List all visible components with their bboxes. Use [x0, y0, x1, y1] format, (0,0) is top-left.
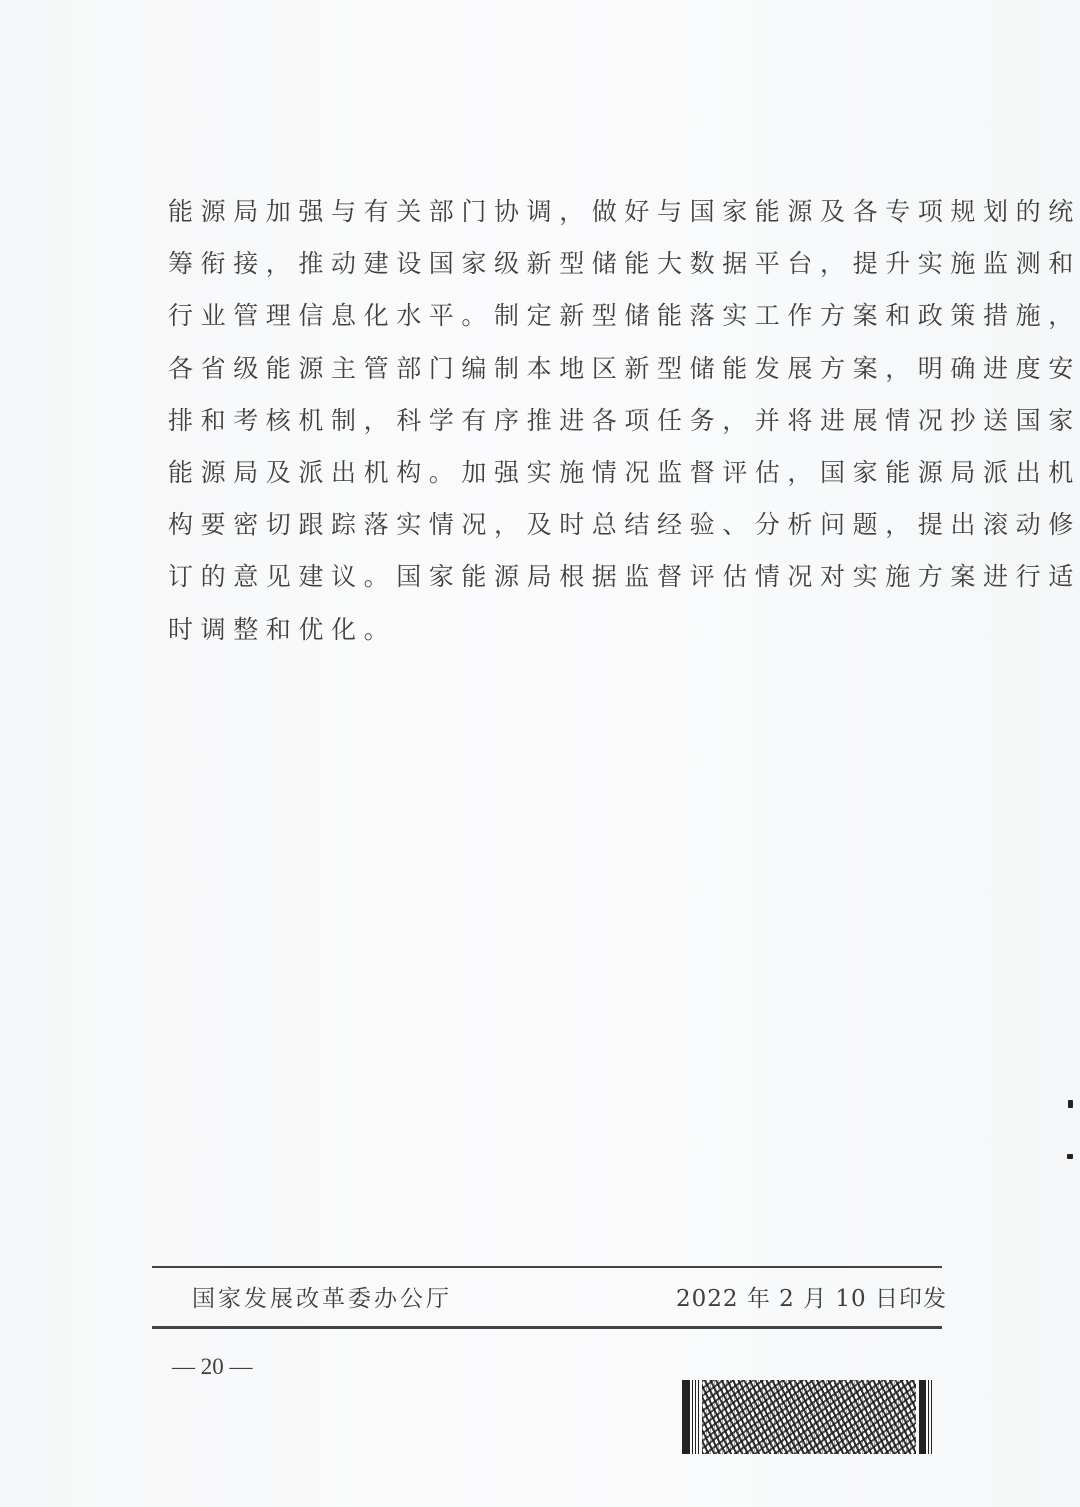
- body-line: 能源局及派出机构。加强实施情况监督评估，国家能源局派出机: [168, 447, 948, 499]
- body-line: 各省级能源主管部门编制本地区新型储能发展方案，明确进度安: [168, 343, 948, 395]
- issue-date: 2022 年 2 月 10 日印发: [676, 1280, 947, 1313]
- barcode-icon: [682, 1380, 932, 1454]
- body-line: 时调整和优化。: [168, 604, 948, 656]
- footer-bottom-divider: [152, 1326, 942, 1329]
- issuer: 国家发展改革委办公厅: [192, 1280, 452, 1313]
- binding-mark: [1067, 1154, 1073, 1159]
- body-line: 排和考核机制，科学有序推进各项任务，并将进展情况抄送国家: [168, 395, 948, 447]
- page-number: — 20 —: [172, 1354, 253, 1380]
- binding-mark: [1068, 1100, 1073, 1108]
- body-line: 构要密切跟踪落实情况，及时总结经验、分析问题，提出滚动修: [168, 499, 948, 551]
- body-line: 订的意见建议。国家能源局根据监督评估情况对实施方案进行适: [168, 551, 948, 603]
- body-text: 能源局加强与有关部门协调，做好与国家能源及各专项规划的统 筹衔接，推动建设国家级…: [168, 186, 948, 656]
- body-line: 行业管理信息化水平。制定新型储能落实工作方案和政策措施，: [168, 290, 948, 342]
- body-line: 筹衔接，推动建设国家级新型储能大数据平台，提升实施监测和: [168, 238, 948, 290]
- body-line: 能源局加强与有关部门协调，做好与国家能源及各专项规划的统: [168, 186, 948, 238]
- document-page: 能源局加强与有关部门协调，做好与国家能源及各专项规划的统 筹衔接，推动建设国家级…: [0, 0, 1080, 1507]
- footer-top-divider: [152, 1266, 942, 1268]
